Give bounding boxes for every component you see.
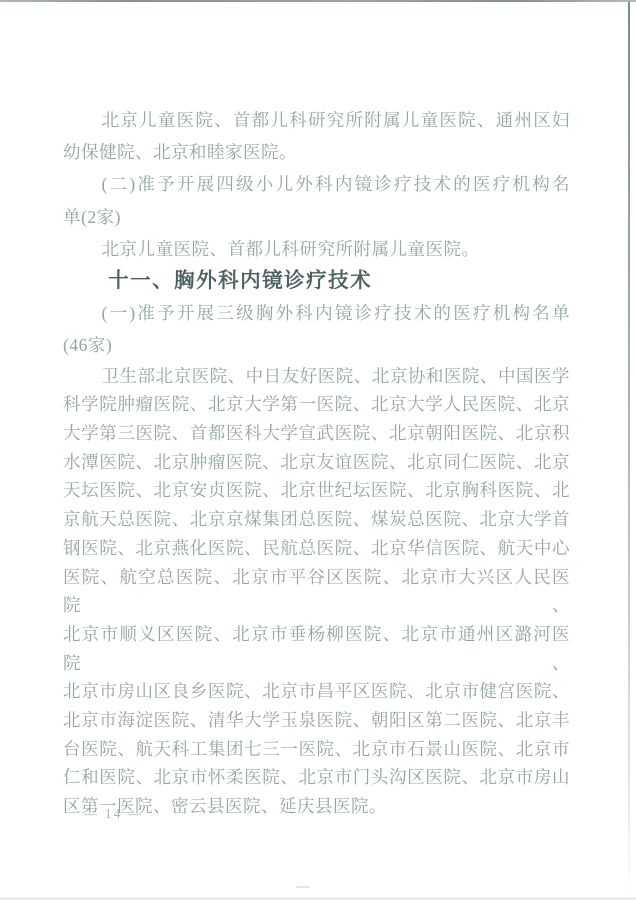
scan-edge-right (628, 2, 630, 898)
text-line: 大学第三医院、首都医科大学宣武医院、北京朝阳医院、北京积 (63, 419, 570, 448)
text-line: 北京市海淀医院、清华大学玉泉医院、朝阳区第二医院、北京丰 (63, 706, 570, 735)
text-line: 幼保健院、北京和睦家医院。 (63, 136, 570, 168)
text-line: 北京市房山区良乡医院、北京市昌平区医院、北京市健宫医院、 (63, 677, 570, 706)
text-line: 科学院肿瘤医院、北京大学第一医院、北京大学人民医院、北京 (63, 390, 570, 419)
paragraph-pediatric-l3-tail: 北京儿童医院、首都儿科研究所附属儿童医院、通州区妇 幼保健院、北京和睦家医院。 (63, 104, 570, 168)
scan-edge-top (0, 0, 636, 2)
text-line: (一)准予开展三级胸外科内镜诊疗技术的医疗机构名单 (63, 297, 570, 329)
paragraph-thoracic-l3-subheading: (一)准予开展三级胸外科内镜诊疗技术的医疗机构名单 (46家) (63, 297, 570, 361)
text-line: 钢医院、北京燕化医院、民航总医院、北京华信医院、航天中心 (63, 534, 570, 563)
text-line: 卫生部北京医院、中日友好医院、北京协和医院、中国医学 (63, 362, 570, 391)
paragraph-thoracic-l3-list: 卫生部北京医院、中日友好医院、北京协和医院、中国医学 科学院肿瘤医院、北京大学第… (63, 362, 570, 821)
text-line: (二)准予开展四级小儿外科内镜诊疗技术的医疗机构名 (63, 168, 570, 200)
text-line: 北京儿童医院、首都儿科研究所附属儿童医院、通州区妇 (63, 104, 570, 136)
section-heading-thoracic: 十一、胸外科内镜诊疗技术 (63, 265, 570, 297)
section-heading-text: 十一、胸外科内镜诊疗技术 (63, 265, 570, 297)
text-line: 京航天总医院、北京京煤集团总医院、煤炭总医院、北京大学首 (63, 505, 570, 534)
paragraph-pediatric-l4-subheading: (二)准予开展四级小儿外科内镜诊疗技术的医疗机构名 单(2家) (63, 168, 570, 232)
text-line: 北京儿童医院、首都儿科研究所附属儿童医院。 (63, 233, 570, 265)
text-line: 水潭医院、北京肿瘤医院、北京友谊医院、北京同仁医院、北京 (63, 448, 570, 477)
text-line: 仁和医院、北京市怀柔医院、北京市门头沟区医院、北京市房山 (63, 763, 570, 792)
text-line: 台医院、航天科工集团七三一医院、北京市石景山医院、北京市 (63, 735, 570, 764)
text-line: 单(2家) (63, 201, 570, 233)
fold-mark (296, 886, 310, 888)
text-line: 医院、航空总医院、北京市平谷区医院、北京市大兴区人民医院、 (63, 563, 570, 620)
hospital-list-section: 卫生部北京医院、中日友好医院、北京协和医院、中国医学 科学院肿瘤医院、北京大学第… (63, 362, 570, 821)
page-number: — 14 — (84, 806, 143, 822)
text-line: 北京市顺义区医院、北京市垂杨柳医院、北京市通州区潞河医院、 (63, 620, 570, 677)
text-line: 天坛医院、北京安贞医院、北京世纪坛医院、北京胸科医院、北 (63, 476, 570, 505)
document-body: 北京儿童医院、首都儿科研究所附属儿童医院、通州区妇 幼保健院、北京和睦家医院。 … (63, 104, 570, 821)
upper-text-section: 北京儿童医院、首都儿科研究所附属儿童医院、通州区妇 幼保健院、北京和睦家医院。 … (63, 104, 570, 362)
paragraph-pediatric-l4-list: 北京儿童医院、首都儿科研究所附属儿童医院。 (63, 233, 570, 265)
text-line: (46家) (63, 329, 570, 361)
scanned-document-page: 北京儿童医院、首都儿科研究所附属儿童医院、通州区妇 幼保健院、北京和睦家医院。 … (0, 0, 636, 900)
